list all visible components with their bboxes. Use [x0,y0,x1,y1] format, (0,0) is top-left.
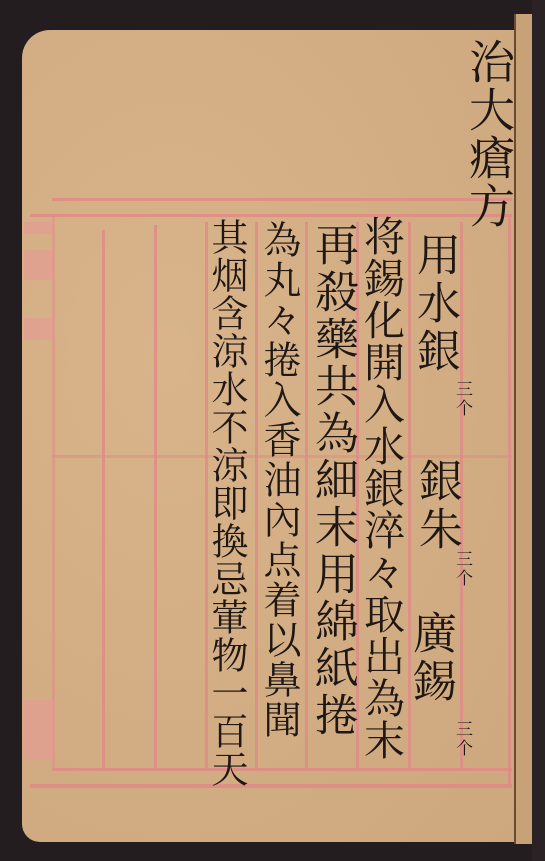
ruling-top-2 [30,214,512,217]
margin-mark-1 [24,222,54,234]
instruction-line-4: 其烟含涼水不涼即換忌葷物一百天 [208,218,245,788]
ruling-col-10 [508,216,511,786]
ingredient-mercury-qty: 三个 [450,380,475,418]
ingredient-tin-qty: 三个 [450,720,475,758]
margin-mark-3 [24,318,54,340]
instruction-line-3: 為丸々捲入香油內点着以鼻聞 [260,220,298,740]
instruction-line-2: 再殺藥共為細末用綿紙捲 [310,222,354,739]
ruling-col-3 [154,225,157,768]
binding-edge [532,0,545,861]
ruling-bottom-1 [52,768,512,771]
margin-mark-2 [24,250,54,280]
margin-mark-4 [24,700,54,760]
instruction-line-1: 将錫化開入水銀淬々取出為末 [360,215,401,761]
ingredient-tin: 廣錫 [408,610,452,706]
ingredient-vermilion-qty: 三个 [450,550,475,588]
ingredient-vermilion: 銀朱 [414,458,458,554]
recipe-title: 治大瘡方 [456,38,522,230]
ruling-col-1 [52,216,55,768]
ruling-top-1 [52,198,512,201]
ruling-bottom-2 [30,784,512,788]
ruling-col-2 [102,230,105,768]
ingredient-mercury: 用水銀 [412,232,456,376]
